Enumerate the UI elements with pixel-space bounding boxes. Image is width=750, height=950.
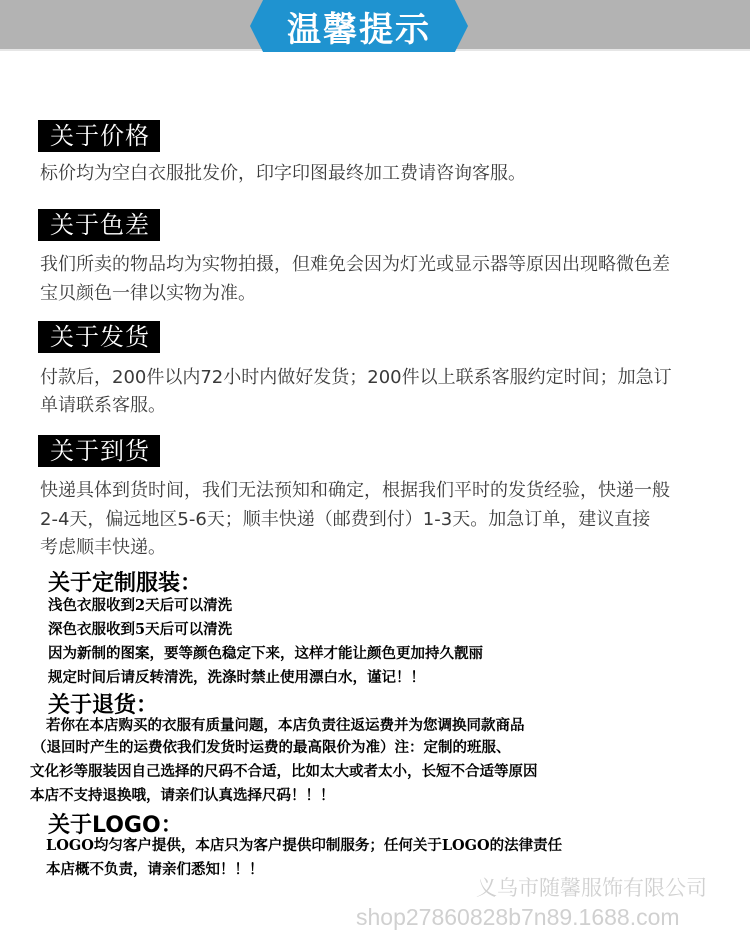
logo-line-2: 本店概不负责，请亲们悉知！！！: [46, 858, 264, 882]
banner-title: 温馨提示: [287, 2, 431, 51]
section-label-shipping: 关于发货: [38, 321, 160, 353]
section-text-arrival-3: 考虑顺丰快递。: [40, 534, 166, 562]
section-text-shipping-1: 付款后，200件以内72小时内做好发货；200件以上联系客服约定时间；加急订: [40, 364, 672, 392]
returns-line-2: （退回时产生的运费依我们发货时运费的最高限价为准）注：定制的班服、: [32, 736, 511, 760]
section-text-shipping-2: 单请联系客服。: [40, 392, 166, 420]
custom-line-3: 因为新制的图案，要等颜色稳定下来，这样才能让颜色更加持久靓丽: [48, 642, 483, 666]
section-label-price: 关于价格: [38, 120, 160, 152]
custom-line-1: 浅色衣服收到2天后可以清洗: [48, 594, 232, 618]
watermark-url: shop27860828b7n89.1688.com: [356, 904, 680, 931]
section-label-arrival: 关于到货: [38, 435, 160, 467]
custom-line-4: 规定时间后请反转清洗，洗涤时禁止使用漂白水，谨记！！: [48, 666, 425, 690]
returns-line-1: 若你在本店购买的衣服有质量问题，本店负责往返运费并为您调换同款商品: [46, 714, 525, 738]
custom-line-2: 深色衣服收到5天后可以清洗: [48, 618, 232, 642]
returns-line-3: 文化衫等服装因自己选择的尺码不合适，比如太大或者太小，长短不合适等原因: [30, 760, 538, 784]
banner-title-badge: 温馨提示: [250, 0, 468, 52]
watermark-company: 义乌市随馨服饰有限公司: [476, 872, 707, 902]
section-text-color-1: 我们所卖的物品均为实物拍摄，但难免会因为灯光或显示器等原因出现略微色差: [40, 251, 670, 279]
section-label-color: 关于色差: [38, 209, 160, 241]
section-text-price-1: 标价均为空白衣服批发价，印字印图最终加工费请咨询客服。: [40, 160, 526, 188]
logo-line-1: LOGO均匀客户提供，本店只为客户提供印制服务；任何关于LOGO的法律责任: [46, 834, 562, 858]
section-text-color-2: 宝贝颜色一律以实物为准。: [40, 280, 256, 308]
custom-heading: 关于定制服装：: [48, 566, 202, 597]
returns-line-4: 本店不支持退换哦，请亲们认真选择尺码！！！: [30, 784, 335, 808]
section-text-arrival-2: 2-4天，偏远地区5-6天；顺丰快递（邮费到付）1-3天。加急订单，建议直接: [40, 506, 650, 534]
section-text-arrival-1: 快递具体到货时间，我们无法预知和确定，根据我们平时的发货经验，快递一般: [40, 477, 670, 505]
